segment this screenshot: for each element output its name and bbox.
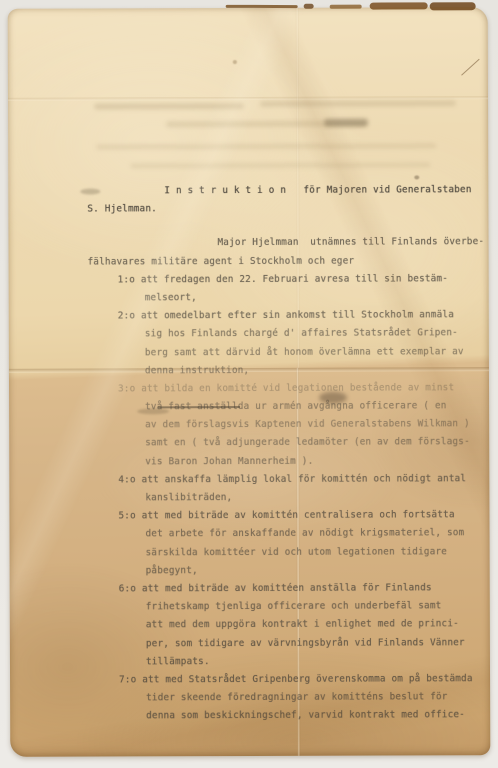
document-line: melseort, xyxy=(145,288,471,307)
document-line: påbegynt, xyxy=(146,561,472,580)
photo-backdrop: { "photo": { "backdrop_color": "#e9e6e1"… xyxy=(0,0,498,768)
document-line: tider skeende föredragningar av komittén… xyxy=(146,688,472,707)
document-line: denna instruktion, xyxy=(145,361,471,380)
document-line: 1:o att fredagen den 22. Februari avresa… xyxy=(118,270,471,289)
bleed-through-mark xyxy=(94,103,244,110)
torn-edge-fragment xyxy=(430,2,476,10)
document-line: samt en ( två adjungerade ledamöter (en … xyxy=(145,434,471,453)
document-line: S. Hjelmman. xyxy=(87,199,470,219)
document-line: kanslibiträden, xyxy=(145,488,471,507)
document-line: per, som tidigare av värvningsbyrån vid … xyxy=(146,634,472,653)
document-line: Major Hjelmman utnämnes till Finlands öv… xyxy=(217,234,470,253)
document-lines: I n s t r u k t i o n för Majoren vid Ge… xyxy=(8,181,472,726)
document-line: vis Baron Johan Mannerheim ). xyxy=(145,452,471,471)
document-line: frihetskamp tjenliga officerare och unde… xyxy=(146,597,472,616)
torn-edge-fragment xyxy=(330,5,362,9)
document-line: särskilda komittéer vid och utom legatio… xyxy=(146,543,472,562)
document-paper: I n s t r u k t i o n för Majoren vid Ge… xyxy=(8,7,491,757)
stain xyxy=(233,60,237,64)
document-line: 6:o att med biträde av komittéen anställ… xyxy=(119,579,472,598)
document-line: att med dem uppgöra kontrakt i enlighet … xyxy=(146,616,472,635)
bleed-through-mark xyxy=(130,162,430,168)
document-line: 4:o att anskaffa lämplig lokal för komit… xyxy=(118,470,471,489)
document-line: 2:o att omedelbart efter sin ankomst til… xyxy=(118,306,471,325)
document-line: sig hos Finlands chargé d' affaires Stat… xyxy=(145,325,471,344)
document-line: av dem förslagsvis Kaptenen vid Generals… xyxy=(145,415,471,434)
document-line: det arbete för anskaffande av nödigt kri… xyxy=(146,525,472,544)
document-line: 5:o att med biträde av komittén centrali… xyxy=(118,506,471,525)
document-line: I n s t r u k t i o n för Majoren vid Ge… xyxy=(164,181,470,200)
bleed-through-mark xyxy=(96,143,436,149)
document-line: 3:o att bilda en komitté vid legationen … xyxy=(118,379,471,398)
document-line: berg samt att därvid åt honom överlämna … xyxy=(145,343,471,362)
document-line: tillämpats. xyxy=(146,652,472,671)
bleed-through-mark xyxy=(260,100,456,107)
scratch-mark xyxy=(461,59,479,76)
stain xyxy=(414,175,419,179)
document-line: 7:o att med Statsrådet Gripenberg överen… xyxy=(119,670,472,689)
document-line: två fast anställda ur armén avgångna off… xyxy=(145,397,471,416)
torn-edge-fragment xyxy=(370,2,428,9)
bleed-through-mark xyxy=(324,119,368,127)
document-line: fälhavares militäre agent i Stockholm oc… xyxy=(88,252,471,272)
torn-edge-fragment xyxy=(304,4,314,9)
document-line: denna som beskickningschef, varvid kontr… xyxy=(146,706,472,725)
torn-edge-fragment xyxy=(226,5,298,8)
